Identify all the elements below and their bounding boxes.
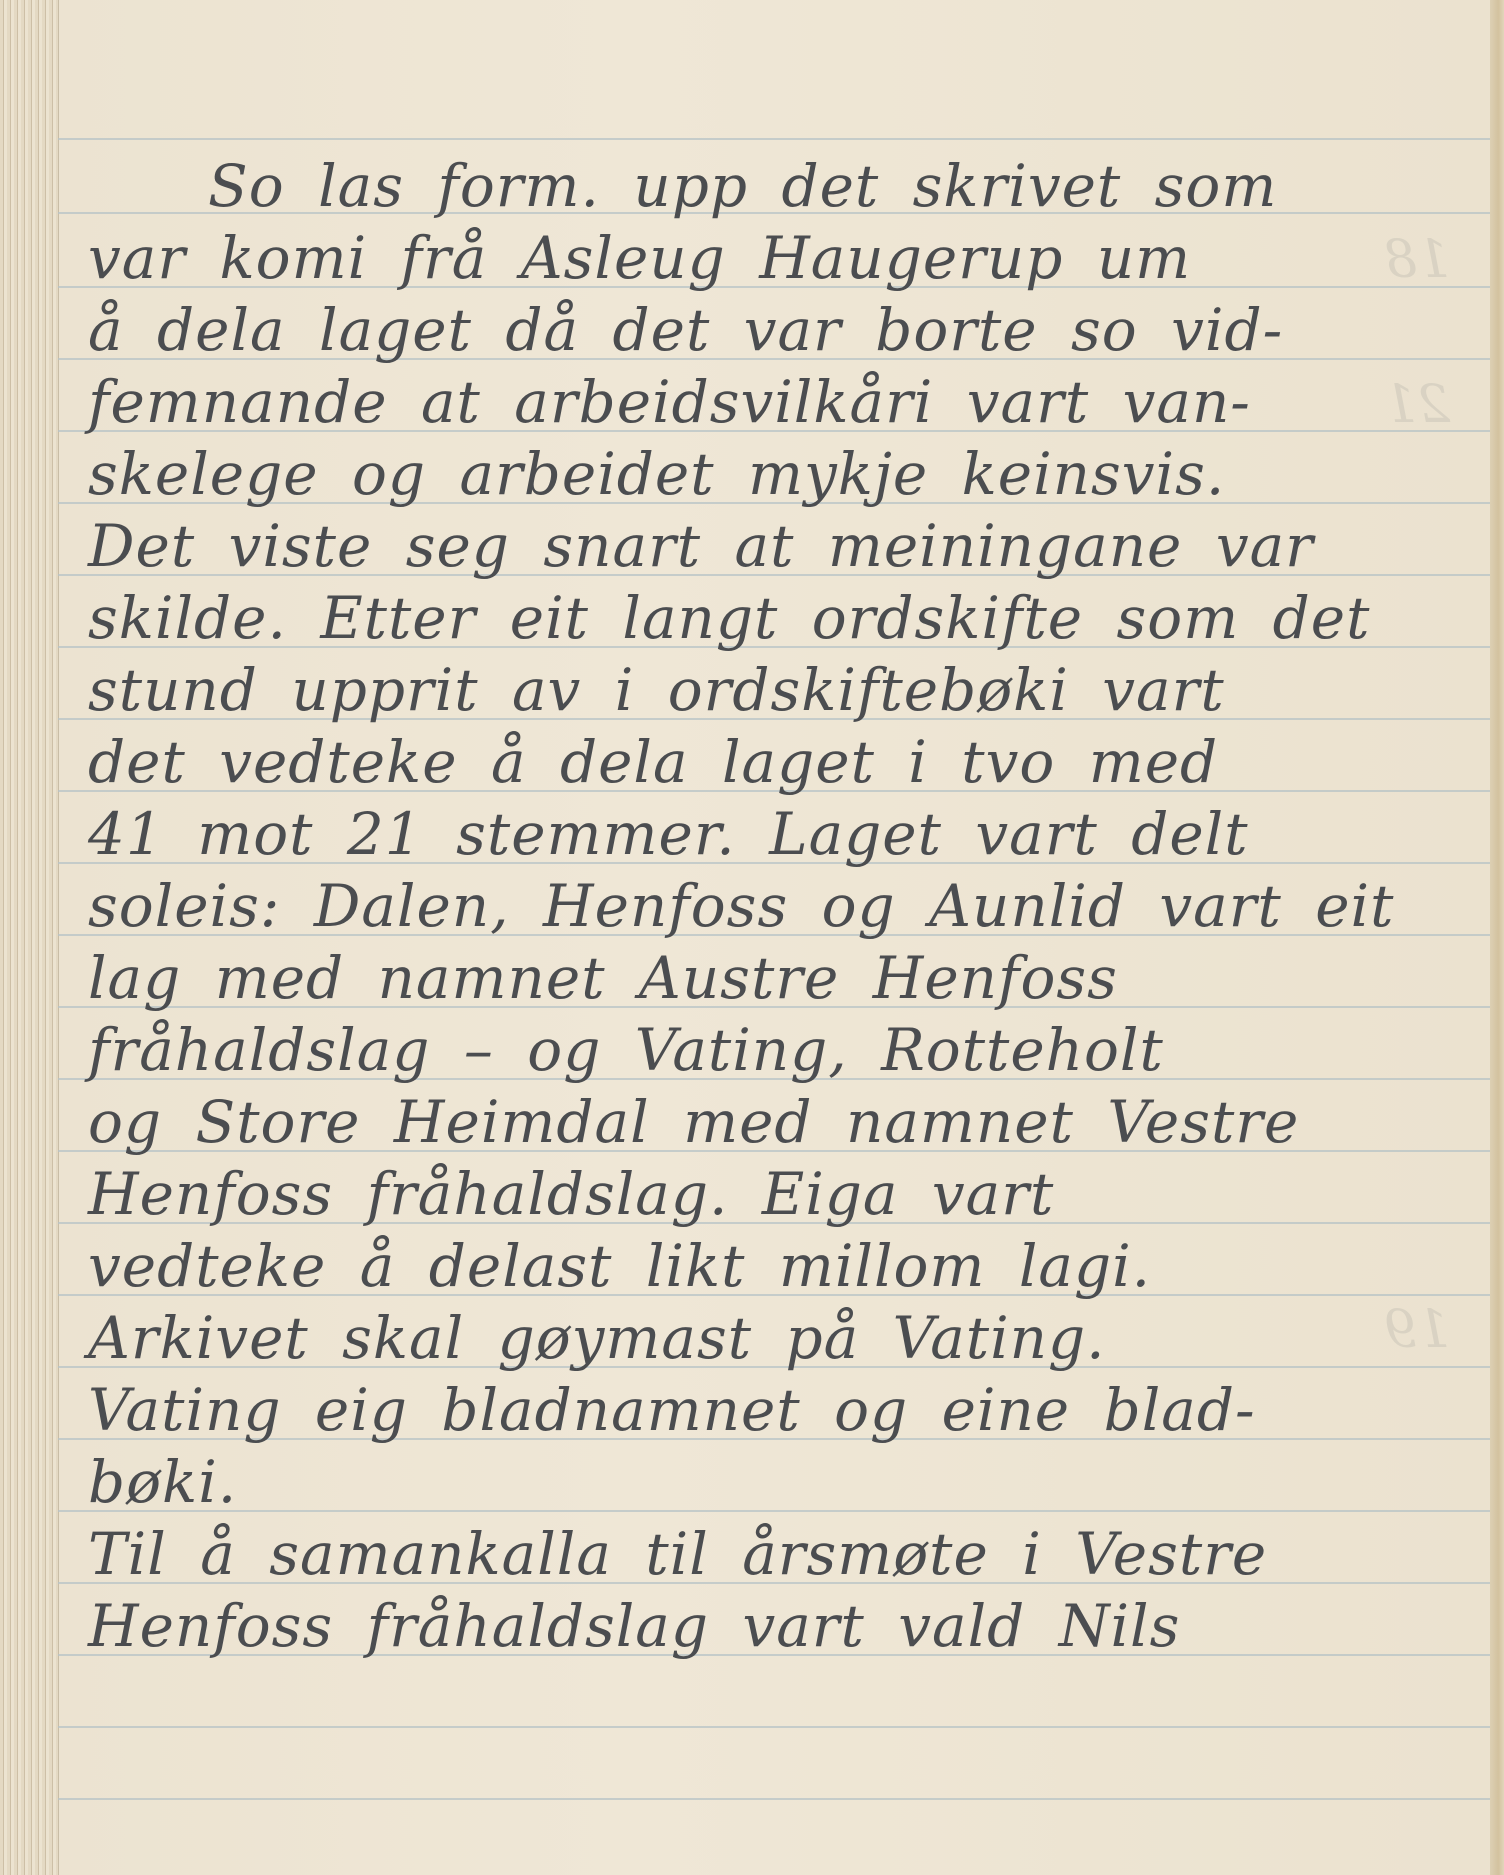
- ruled-line: [58, 1798, 1490, 1800]
- handwritten-line-3: å dela laget då det var borte so vid-: [88, 294, 1478, 366]
- handwritten-line-8: stund upprit av i ordskiftebøki vart: [88, 654, 1478, 726]
- handwritten-line-2: var komi frå Asleug Haugerup um: [88, 222, 1478, 294]
- handwritten-line-21: Henfoss fråhaldslag vart vald Nils: [88, 1590, 1478, 1662]
- handwritten-line-11: soleis: Dalen, Henfoss og Aunlid vart ei…: [88, 870, 1478, 942]
- margin-line: [58, 0, 59, 1875]
- handwritten-line-9: det vedteke å dela laget i tvo med: [88, 726, 1478, 798]
- handwritten-line-20: Til å samankalla til årsmøte i Vestre: [88, 1518, 1478, 1590]
- handwritten-line-18: Vating eig bladnamnet og eine blad-: [88, 1374, 1478, 1446]
- handwritten-line-17: Arkivet skal gøymast på Vating.: [88, 1302, 1478, 1374]
- page-edge-stack: [0, 0, 59, 1875]
- handwritten-line-4: femnande at arbeidsvilkåri vart van-: [88, 366, 1478, 438]
- handwritten-line-10: 41 mot 21 stemmer. Laget vart delt: [88, 798, 1478, 870]
- notebook-page: 18 21 19 So las form. upp det skrivet so…: [58, 0, 1490, 1875]
- handwritten-line-12: lag med namnet Austre Henfoss: [88, 942, 1478, 1014]
- handwritten-line-14: og Store Heimdal med namnet Vestre: [88, 1086, 1478, 1158]
- handwritten-line-6: Det viste seg snart at meiningane var: [88, 510, 1478, 582]
- handwritten-line-15: Henfoss fråhaldslag. Eiga vart: [88, 1158, 1478, 1230]
- handwritten-line-1: So las form. upp det skrivet som: [208, 150, 1504, 222]
- handwritten-line-5: skelege og arbeidet mykje keinsvis.: [88, 438, 1478, 510]
- ruled-line: [58, 138, 1490, 140]
- page-right-edge: [1490, 0, 1504, 1875]
- handwritten-line-7: skilde. Etter eit langt ordskifte som de…: [88, 582, 1478, 654]
- handwritten-line-13: fråhaldslag – og Vating, Rotteholt: [88, 1014, 1478, 1086]
- handwritten-line-16: vedteke å delast likt millom lagi.: [88, 1230, 1478, 1302]
- handwritten-line-19: bøki.: [88, 1446, 1478, 1518]
- scanned-page: 18 21 19 So las form. upp det skrivet so…: [0, 0, 1504, 1875]
- ruled-line: [58, 1726, 1490, 1728]
